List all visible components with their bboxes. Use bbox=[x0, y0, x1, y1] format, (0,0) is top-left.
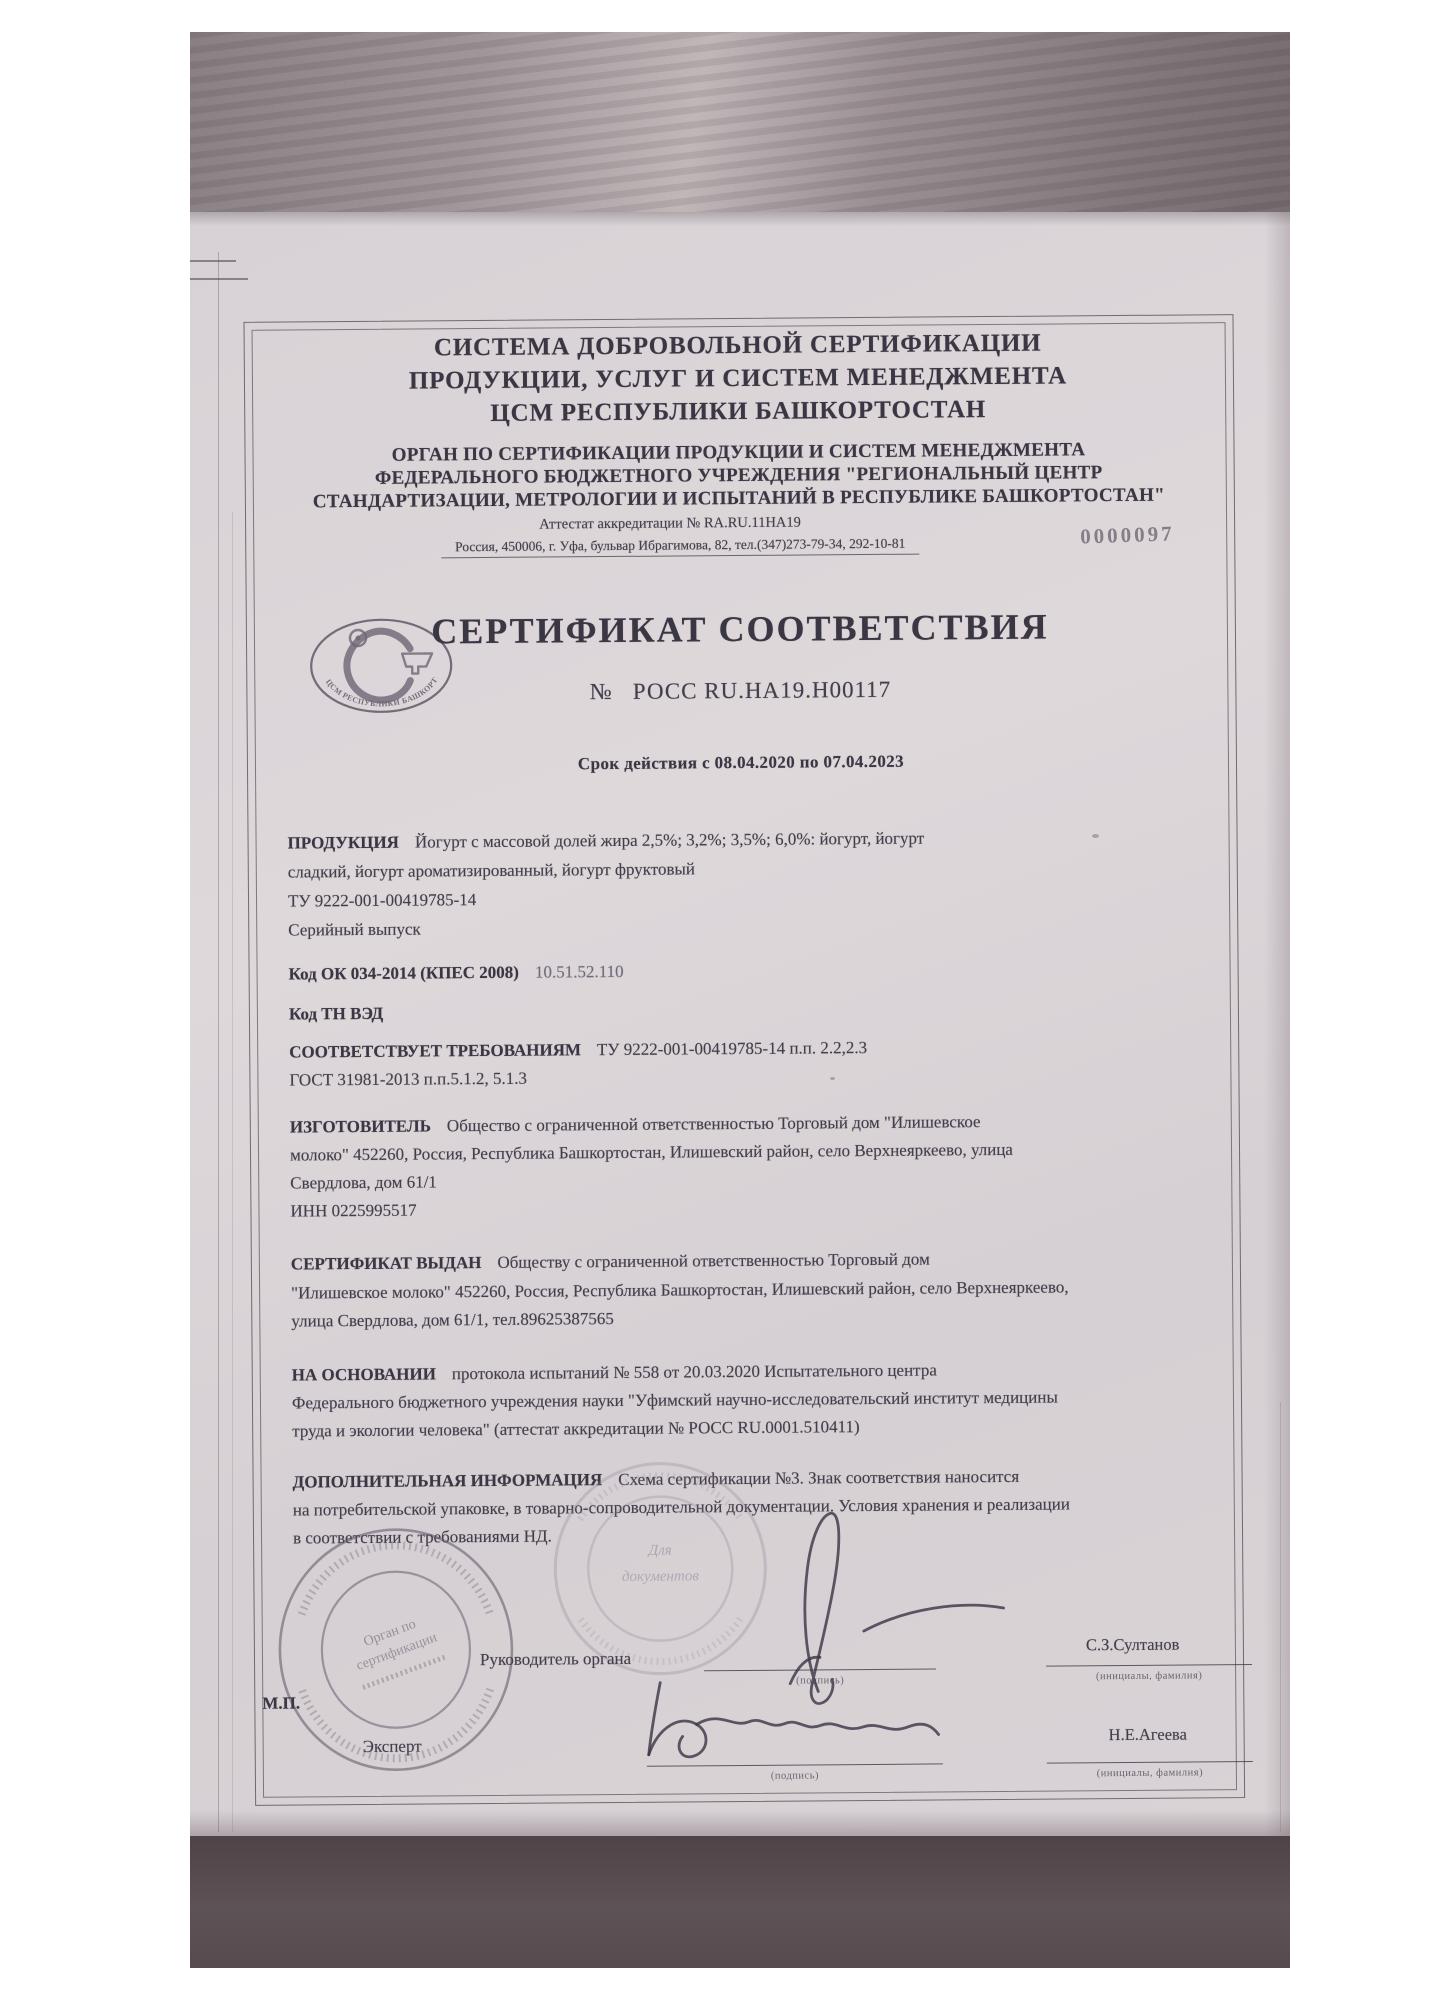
signature-dash bbox=[864, 1605, 1004, 1631]
section-code-tnved: Код ТН ВЭД bbox=[289, 1004, 399, 1025]
expert-name: Н.Е.Агеева bbox=[1109, 1725, 1187, 1746]
certificate-content: СИСТЕМА ДОБРОВОЛЬНОЙ СЕРТИФИКАЦИИ ПРОДУК… bbox=[185, 208, 1298, 1841]
for-documents-stamp: Для документов bbox=[549, 1458, 771, 1680]
section-product-line2: сладкий, йогурт ароматизированный, йогур… bbox=[288, 859, 695, 882]
stamp-place-label: М.П. bbox=[262, 1693, 300, 1713]
certificate-number: РОСС RU.НА19.Н00117 bbox=[633, 677, 892, 704]
code-ok-value: 10.51.52.110 bbox=[535, 962, 624, 982]
manufacturer-label: ИЗГОТОВИТЕЛЬ bbox=[290, 1116, 431, 1136]
org-stamp-ring-text-arc bbox=[301, 1544, 490, 1614]
section-manufacturer-line3: Свердлова, дом 61/1 bbox=[290, 1172, 437, 1193]
section-issued-line3: улица Свердлова, дом 61/1, тел.896253875… bbox=[291, 1309, 614, 1332]
section-product-line4: Серийный выпуск bbox=[288, 920, 421, 941]
table-surface-top bbox=[190, 32, 1290, 212]
section-product-label: ПРОДУКЦИЯ bbox=[288, 833, 399, 853]
expert-handwritten-signature bbox=[636, 1672, 957, 1795]
doc-stamp-text-line2: документов bbox=[622, 1568, 700, 1585]
photo-area: СИСТЕМА ДОБРОВОЛЬНОЙ СЕРТИФИКАЦИИ ПРОДУК… bbox=[190, 32, 1290, 1968]
section-manufacturer-line4: ИНН 0225995517 bbox=[290, 1201, 416, 1222]
emblem-letter-t-cup bbox=[402, 653, 432, 673]
certificate-paper: СИСТЕМА ДОБРОВОЛЬНОЙ СЕРТИФИКАЦИИ ПРОДУК… bbox=[190, 212, 1290, 1836]
blank-serial-number: 0000097 bbox=[1080, 521, 1175, 549]
conforms-label: СООТВЕТСТВУЕТ ТРЕБОВАНИЯМ bbox=[289, 1040, 581, 1061]
scanned-certificate-page: СИСТЕМА ДОБРОВОЛЬНОЙ СЕРТИФИКАЦИИ ПРОДУК… bbox=[0, 0, 1454, 2000]
section-product-line3: ТУ 9222-001-00419785-14 bbox=[288, 890, 476, 911]
section-conforms-line2: ГОСТ 31981-2013 п.п.5.1.2, 5.1.3 bbox=[289, 1069, 527, 1091]
number-sign: № bbox=[590, 679, 613, 704]
table-surface-bottom bbox=[190, 1836, 1290, 1968]
issued-label: СЕРТИФИКАТ ВЫДАН bbox=[291, 1253, 482, 1273]
code-tnved-label: Код ТН ВЭД bbox=[289, 1004, 383, 1024]
doc-stamp-text-line1: Для bbox=[647, 1543, 672, 1559]
head-name: С.З.Султанов bbox=[1086, 1635, 1180, 1656]
head-role-label: Руководитель органа bbox=[480, 1649, 631, 1670]
expert-name-caption: (инициалы, фамилия) bbox=[1047, 1767, 1253, 1780]
certificate-title: СЕРТИФИКАТ СООТВЕТСТВИЯ bbox=[246, 604, 1234, 654]
section-code-ok: Код ОК 034-2014 (КПЕС 2008)10.51.52.110 bbox=[289, 962, 624, 985]
signature-waves bbox=[696, 1717, 938, 1736]
code-ok-label: Код ОК 034-2014 (КПЕС 2008) bbox=[289, 963, 519, 984]
head-name-caption: (инициалы, фамилия) bbox=[1046, 1670, 1252, 1683]
signature-loop-b bbox=[648, 1721, 706, 1757]
basis-label: НА ОСНОВАНИИ bbox=[292, 1364, 436, 1384]
expert-role-label: Эксперт bbox=[363, 1737, 422, 1757]
